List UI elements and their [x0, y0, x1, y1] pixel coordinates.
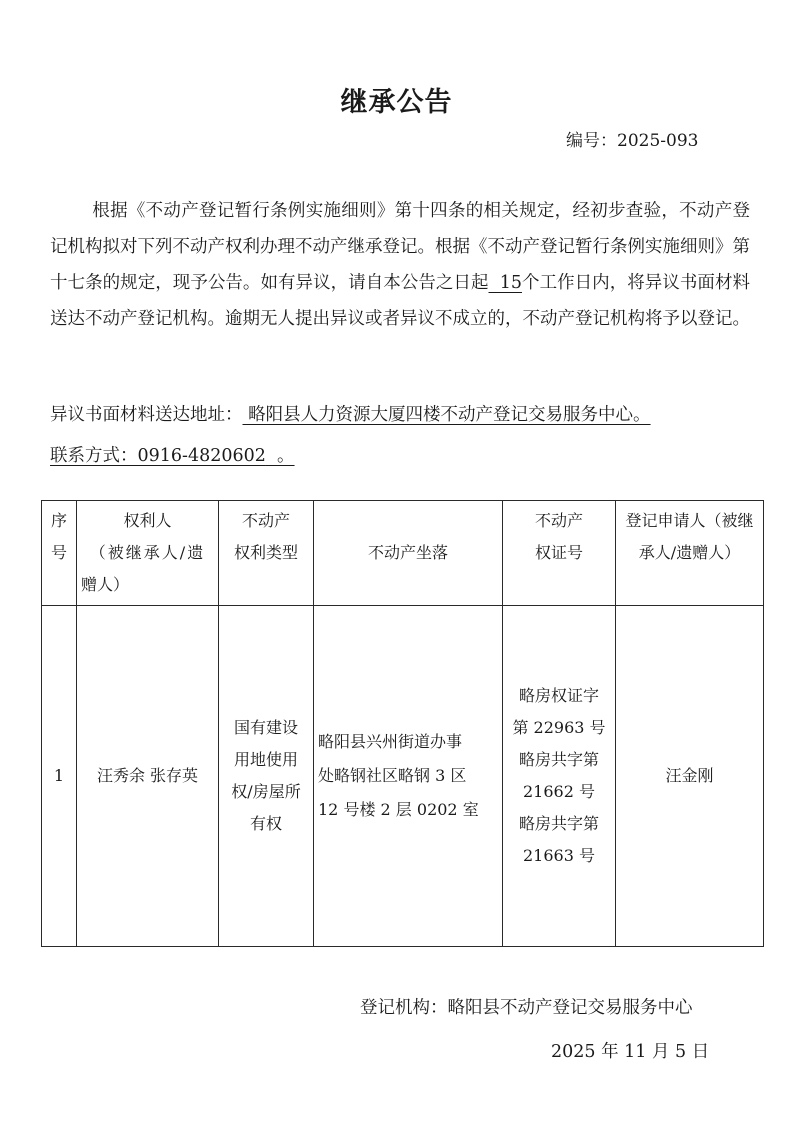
registration-organization: 登记机构：略阳县不动产登记交易服务中心: [360, 994, 693, 1019]
objection-days: 15: [489, 273, 522, 293]
header-right-type: 不动产 权利类型: [219, 501, 314, 606]
contact-label: 联系方式：: [50, 446, 138, 466]
objection-address-label: 异议书面材料送达地址：: [50, 405, 243, 425]
document-number-label: 编号：: [566, 131, 617, 151]
registration-table: 序 号 权利人 （被继承人/遗 赠人） 不动产 权利类型 不动产坐落 不动产 权…: [41, 500, 764, 947]
notice-date: 2025 年 11 月 5 日: [551, 1038, 709, 1063]
header-applicant: 登记申请人（被继 承人/遗赠人）: [616, 501, 764, 606]
document-title: 继承公告: [0, 80, 793, 119]
objection-address: 略阳县人力资源大厦四楼不动产登记交易服务中心。: [243, 405, 651, 425]
cell-owner: 汪秀余 张存英: [77, 606, 219, 947]
contact-phone: 0916-4820602: [138, 446, 266, 466]
header-seq: 序 号: [42, 501, 77, 606]
cell-cert-no: 略房权证字 第 22963 号 略房共字第 21662 号 略房共字第 2166…: [503, 606, 616, 947]
header-location: 不动产坐落: [314, 501, 503, 606]
document-number-value: 2025-093: [617, 131, 698, 151]
table-row: 1 汪秀余 张存英 国有建设 用地使用 权/房屋所 有权 略阳县兴州街道办事 处…: [42, 606, 764, 947]
document-number: 编号：2025-093: [566, 126, 698, 151]
cell-seq: 1: [42, 606, 77, 947]
cell-right-type: 国有建设 用地使用 权/房屋所 有权: [219, 606, 314, 947]
table-header-row: 序 号 权利人 （被继承人/遗 赠人） 不动产 权利类型 不动产坐落 不动产 权…: [42, 501, 764, 606]
header-owner: 权利人 （被继承人/遗 赠人）: [77, 501, 219, 606]
contact-suffix: 。: [266, 446, 295, 466]
objection-address-line: 异议书面材料送达地址： 略阳县人力资源大厦四楼不动产登记交易服务中心。: [50, 403, 651, 427]
notice-paragraph: 根据《不动产登记暂行条例实施细则》第十四条的相关规定，经初步查验，不动产登记机构…: [50, 193, 750, 337]
header-cert-no: 不动产 权证号: [503, 501, 616, 606]
cell-location: 略阳县兴州街道办事 处略钢社区略钢 3 区 12 号楼 2 层 0202 室: [314, 606, 503, 947]
cell-applicant: 汪金刚: [616, 606, 764, 947]
contact-line: 联系方式：0916-4820602 。: [50, 444, 295, 468]
